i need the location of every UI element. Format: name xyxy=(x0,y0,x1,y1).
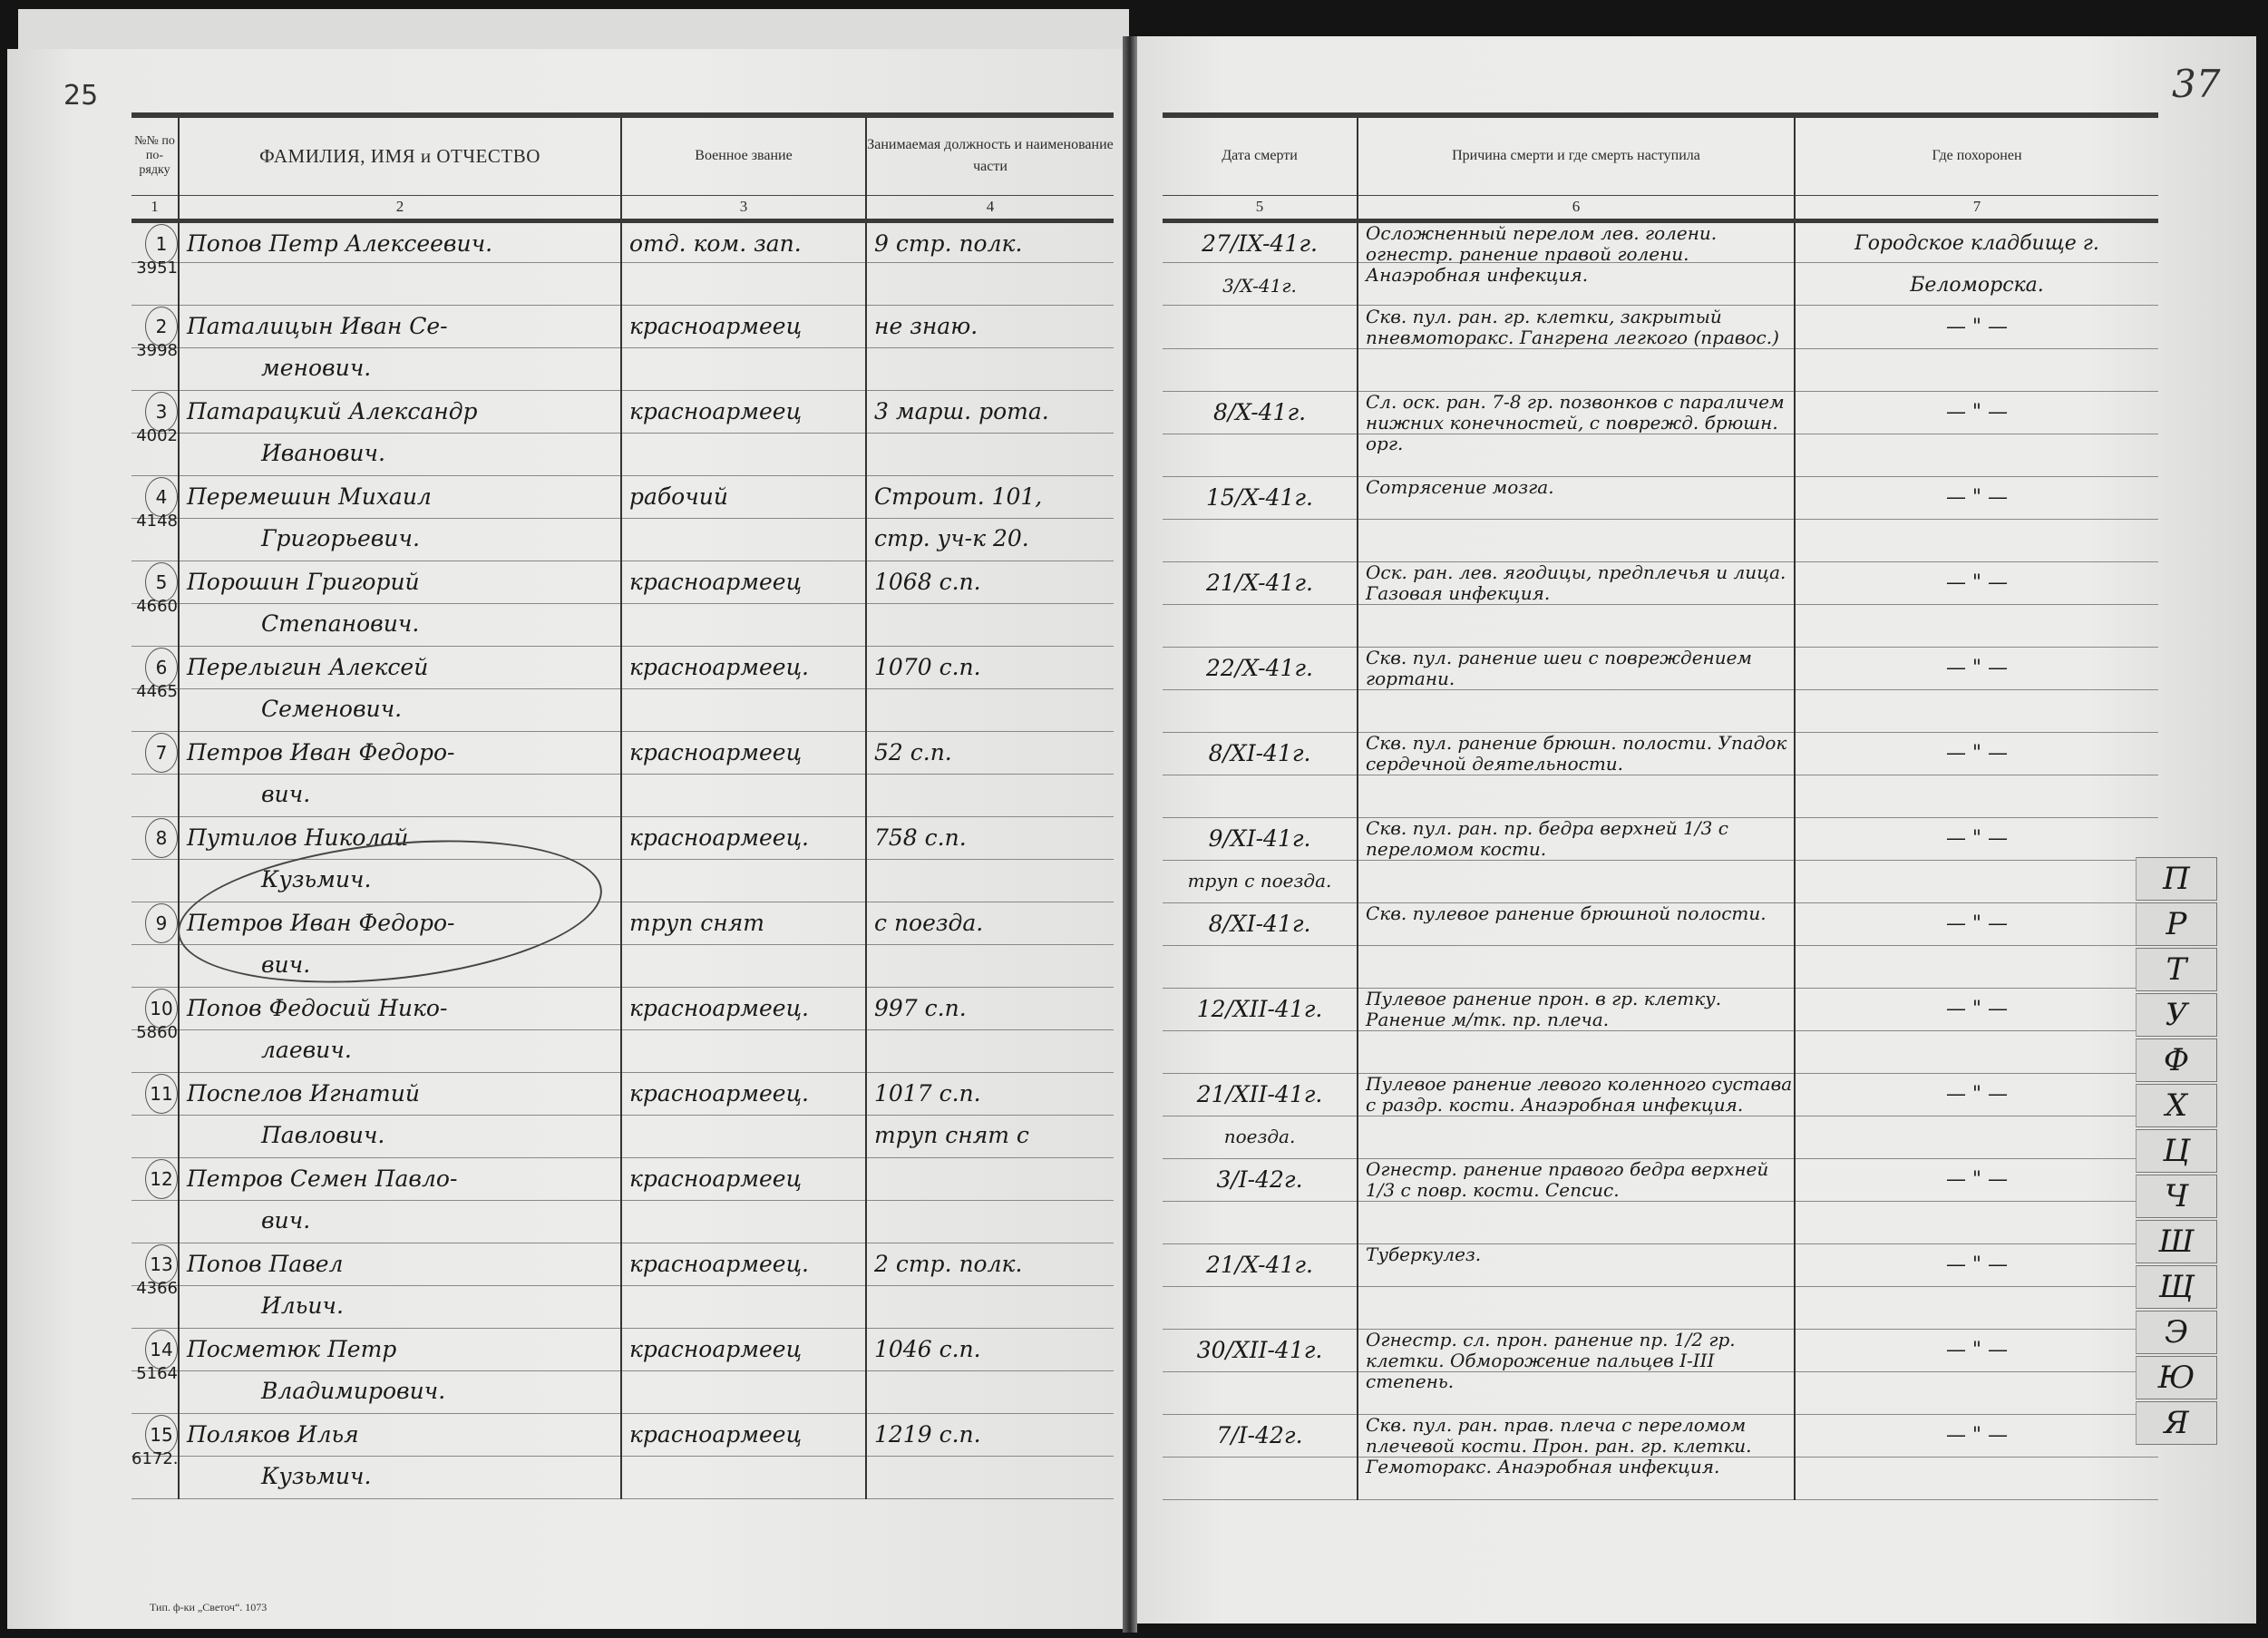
table-row: 156172.Поляков ИльяКузьмич.красноармеец1… xyxy=(131,1414,1114,1499)
death-date-cell: 8/X-41г. xyxy=(1163,392,1358,477)
burial-place: — " — xyxy=(1796,562,2158,604)
index-tab[interactable]: Т xyxy=(2136,948,2217,991)
full-name-cell: Патарацкий АлександрИванович. xyxy=(179,391,621,476)
index-tab[interactable]: Ю xyxy=(2136,1356,2217,1399)
full-name-cell: Паталицын Иван Се-менович. xyxy=(179,306,621,391)
table-row: 11Поспелов ИгнатийПавлович.красноармеец.… xyxy=(131,1073,1114,1158)
unit-line-1: 1070 с.п. xyxy=(867,647,1114,688)
death-cause: Осложненный перелом лев. голени. огнестр… xyxy=(1358,223,1794,286)
header-position-unit: Занимаемая должность и наименование част… xyxy=(866,115,1114,195)
col-num-5: 5 xyxy=(1163,195,1358,220)
death-cause-cell: Пулевое ранение прон. в гр. клетку. Ране… xyxy=(1358,989,1795,1074)
rank: красноармеец xyxy=(622,732,865,774)
death-date-cell: 15/X-41г. xyxy=(1163,477,1358,562)
death-cause-cell: Скв. пул. ранение шеи с повреждением гор… xyxy=(1358,648,1795,733)
unit-cell: Строит. 101,стр. уч-к 20. xyxy=(866,476,1114,561)
rank-cell: рабочий xyxy=(621,476,866,561)
rank-cell: красноармеец xyxy=(621,1329,866,1414)
table-row: 9/XI-41г.труп с поезда.Скв. пул. ран. пр… xyxy=(1163,818,2158,903)
rank: рабочий xyxy=(622,476,865,518)
burial-place-cell: — " — xyxy=(1795,562,2158,648)
full-name-cell: Поспелов ИгнатийПавлович. xyxy=(179,1073,621,1158)
full-name-cell: Порошин ГригорийСтепанович. xyxy=(179,561,621,647)
table-row: 30/XII-41г.Огнестр. сл. прон. ранение пр… xyxy=(1163,1330,2158,1415)
table-row: 12/XII-41г.Пулевое ранение прон. в гр. к… xyxy=(1163,989,2158,1074)
death-cause-cell: Огнестр. ранение правого бедра верхней 1… xyxy=(1358,1159,1795,1244)
unit-cell: 52 с.п. xyxy=(866,732,1114,817)
entry-number-cell: 105860 xyxy=(131,988,179,1073)
unit-line-1: 1068 с.п. xyxy=(867,561,1114,603)
unit-cell: 1017 с.п.труп снят с xyxy=(866,1073,1114,1158)
burial-place-cell: — " — xyxy=(1795,989,2158,1074)
full-name-cell: Попов Федосий Нико-лаевич. xyxy=(179,988,621,1073)
header-burial-place: Где похоронен xyxy=(1795,115,2158,195)
full-name-cell: Перелыгин АлексейСеменович. xyxy=(179,647,621,732)
unit-line-2: труп снят с xyxy=(867,1115,1114,1156)
entry-number-cell: 9 xyxy=(131,902,179,988)
header-full-name: ФАМИЛИЯ, ИМЯ и ОТЧЕСТВО xyxy=(179,115,621,195)
death-date-cell xyxy=(1163,307,1358,392)
entry-number-cell: 11 xyxy=(131,1073,179,1158)
table-row: 15/X-41г.Сотрясение мозга.— " — xyxy=(1163,477,2158,562)
unit-cell: 1070 с.п. xyxy=(866,647,1114,732)
burial-place: — " — xyxy=(1796,733,2158,775)
unit-cell: с поезда. xyxy=(866,902,1114,988)
unit-cell: 997 с.п. xyxy=(866,988,1114,1073)
page-number: 37 xyxy=(2172,62,2220,106)
death-date-cell: 21/XII-41г.поезда. xyxy=(1163,1074,1358,1159)
burial-place-cell: — " — xyxy=(1795,1415,2158,1500)
unit-cell: не знаю. xyxy=(866,306,1114,391)
table-row: 21/X-41г.Туберкулез.— " — xyxy=(1163,1244,2158,1330)
rank-cell: красноармеец. xyxy=(621,988,866,1073)
unit-cell: 758 с.п. xyxy=(866,817,1114,902)
death-date: 27/IX-41г. xyxy=(1163,223,1357,265)
name-line-2: Павлович. xyxy=(180,1115,620,1156)
full-name-cell: Попов ПавелИльич. xyxy=(179,1243,621,1329)
death-date: 8/XI-41г. xyxy=(1163,733,1357,775)
death-cause: Сл. оск. ран. 7-8 гр. позвонков с парали… xyxy=(1358,392,1794,454)
burial-place-cell: — " — xyxy=(1795,733,2158,818)
unit-cell: 3 марш. рота. xyxy=(866,391,1114,476)
name-line-2: менович. xyxy=(180,347,620,389)
unit-line-1: с поезда. xyxy=(867,902,1114,944)
rank: красноармеец xyxy=(622,1329,865,1370)
name-line-2: Степанович. xyxy=(180,603,620,645)
burial-place: — " — xyxy=(1796,989,2158,1030)
death-cause-cell: Осложненный перелом лев. голени. огнестр… xyxy=(1358,220,1795,307)
death-cause-cell: Скв. пулевое ранение брюшной полости. xyxy=(1358,903,1795,989)
burial-place: — " — xyxy=(1796,1244,2158,1286)
full-name-cell: Петров Семен Павло-вич. xyxy=(179,1158,621,1243)
table-row: 21/XII-41г.поезда.Пулевое ранение левого… xyxy=(1163,1074,2158,1159)
header-death-date: Дата смерти xyxy=(1163,115,1358,195)
burial-place-cell: — " — xyxy=(1795,1159,2158,1244)
table-row: 8/XI-41г.Скв. пул. ранение брюшн. полост… xyxy=(1163,733,2158,818)
full-name-cell: Попов Петр Алексеевич. xyxy=(179,220,621,306)
burial-place: — " — xyxy=(1796,903,2158,945)
entry-number: 7 xyxy=(145,733,178,773)
name-line-1: Паталицын Иван Се- xyxy=(180,306,620,347)
rank-cell: красноармеец xyxy=(621,1414,866,1499)
death-date: 8/X-41г. xyxy=(1163,392,1357,434)
registration-number: 3951 xyxy=(131,259,178,278)
death-cause-cell: Пулевое ранение левого коленного сустава… xyxy=(1358,1074,1795,1159)
death-cause: Скв. пул. ранение брюшн. полости. Упадок… xyxy=(1358,733,1794,775)
name-line-1: Поспелов Игнатий xyxy=(180,1073,620,1115)
table-row: 145164Посметюк ПетрВладимирович.красноар… xyxy=(131,1329,1114,1414)
header-military-rank: Военное звание xyxy=(621,115,866,195)
burial-register-left: №№ по по- рядку ФАМИЛИЯ, ИМЯ и ОТЧЕСТВО … xyxy=(131,112,1114,1499)
col-num-3: 3 xyxy=(621,195,866,220)
rank-cell: красноармеец xyxy=(621,391,866,476)
index-tab[interactable]: Х xyxy=(2136,1084,2217,1127)
table-row: 13951Попов Петр Алексеевич.отд. ком. зап… xyxy=(131,220,1114,306)
name-line-1: Порошин Григорий xyxy=(180,561,620,603)
rank: труп снят xyxy=(622,902,865,944)
name-line-1: Попов Петр Алексеевич. xyxy=(180,223,620,265)
rank: красноармеец xyxy=(622,1158,865,1200)
name-line-2: вич. xyxy=(180,1200,620,1242)
name-line-2: Семенович. xyxy=(180,688,620,730)
left-page-mark: 25 xyxy=(63,80,98,112)
entry-number-cell: 156172. xyxy=(131,1414,179,1499)
burial-register-right: Дата смерти Причина смерти и где смерть … xyxy=(1163,112,2158,1500)
index-tab[interactable]: Ш xyxy=(2136,1220,2217,1263)
printer-imprint: Тип. ф-ки „Светоч“. 1073 xyxy=(150,1601,267,1614)
entry-number-cell: 64465 xyxy=(131,647,179,732)
burial-place-cell: — " — xyxy=(1795,1330,2158,1415)
unit-line-1: не знаю. xyxy=(867,306,1114,347)
burial-place: — " — xyxy=(1796,307,2158,348)
table-row: 8/X-41г.Сл. оск. ран. 7-8 гр. позвонков … xyxy=(1163,392,2158,477)
full-name-cell: Посметюк ПетрВладимирович. xyxy=(179,1329,621,1414)
table-row: 34002Патарацкий АлександрИванович.красно… xyxy=(131,391,1114,476)
name-line-2: вич. xyxy=(180,774,620,815)
burial-place: — " — xyxy=(1796,1330,2158,1371)
table-row: 21/X-41г.Оск. ран. лев. ягодицы, предпле… xyxy=(1163,562,2158,648)
entry-number: 9 xyxy=(145,903,178,943)
index-tab[interactable]: Я xyxy=(2136,1401,2217,1445)
death-date-cell: 27/IX-41г.3/X-41г. xyxy=(1163,220,1358,307)
death-date-note: труп с поезда. xyxy=(1163,860,1357,902)
unit-cell: 1068 с.п. xyxy=(866,561,1114,647)
burial-place: — " — xyxy=(1796,477,2158,519)
rank: красноармеец xyxy=(622,1414,865,1456)
rank: отд. ком. зап. xyxy=(622,223,865,265)
name-line-1: Перемешин Михаил xyxy=(180,476,620,518)
death-cause: Скв. пул. ран. прав. плеча с переломом п… xyxy=(1358,1415,1794,1477)
death-date: 15/X-41г. xyxy=(1163,477,1357,519)
death-date-note: 3/X-41г. xyxy=(1163,265,1357,307)
rank: красноармеец. xyxy=(622,647,865,688)
table-row: 27/IX-41г.3/X-41г.Осложненный перелом ле… xyxy=(1163,220,2158,307)
name-line-2: Иванович. xyxy=(180,433,620,474)
death-cause-cell: Скв. пул. ран. гр. клетки, закрытый пнев… xyxy=(1358,307,1795,392)
death-date: 12/XII-41г. xyxy=(1163,989,1357,1030)
burial-place: — " — xyxy=(1796,392,2158,434)
death-cause: Огнестр. сл. прон. ранение пр. 1/2 гр. к… xyxy=(1358,1330,1794,1392)
table-row: 3/I-42г.Огнестр. ранение правого бедра в… xyxy=(1163,1159,2158,1244)
death-cause: Туберкулез. xyxy=(1358,1244,1794,1265)
burial-place-cell: — " — xyxy=(1795,1244,2158,1330)
table-row: 44148Перемешин МихаилГригорьевич.рабочий… xyxy=(131,476,1114,561)
name-line-1: Попов Федосий Нико- xyxy=(180,988,620,1029)
death-date-cell: 21/X-41г. xyxy=(1163,1244,1358,1330)
registration-number: 4002 xyxy=(131,427,178,445)
rank-cell: красноармеец. xyxy=(621,647,866,732)
index-tab[interactable]: Р xyxy=(2136,902,2217,946)
name-line-2: лаевич. xyxy=(180,1029,620,1071)
rank-cell: красноармеец xyxy=(621,306,866,391)
col-num-2: 2 xyxy=(179,195,621,220)
rank: красноармеец. xyxy=(622,988,865,1029)
name-line-2: Кузьмич. xyxy=(180,1456,620,1497)
death-cause: Огнестр. ранение правого бедра верхней 1… xyxy=(1358,1159,1794,1201)
death-date-cell: 21/X-41г. xyxy=(1163,562,1358,648)
name-line-1: Поляков Илья xyxy=(180,1414,620,1456)
death-cause-cell: Скв. пул. ран. пр. бедра верхней 1/3 с п… xyxy=(1358,818,1795,903)
name-line-2: Григорьевич. xyxy=(180,518,620,560)
unit-line-1: 2 стр. полк. xyxy=(867,1243,1114,1285)
full-name-cell: Поляков ИльяКузьмич. xyxy=(179,1414,621,1499)
unit-cell xyxy=(866,1158,1114,1243)
name-line-1: Посметюк Петр xyxy=(180,1329,620,1370)
registration-number: 3998 xyxy=(131,342,178,360)
table-row: Скв. пул. ран. гр. клетки, закрытый пнев… xyxy=(1163,307,2158,392)
burial-place-cell: — " — xyxy=(1795,1074,2158,1159)
death-cause-cell: Туберкулез. xyxy=(1358,1244,1795,1330)
burial-place-cell: — " — xyxy=(1795,307,2158,392)
rank-cell: красноармеец. xyxy=(621,1073,866,1158)
table-row: 134366Попов ПавелИльич.красноармеец.2 ст… xyxy=(131,1243,1114,1329)
death-cause-cell: Огнестр. сл. прон. ранение пр. 1/2 гр. к… xyxy=(1358,1330,1795,1415)
entry-number-cell: 23998 xyxy=(131,306,179,391)
burial-place: — " — xyxy=(1796,818,2158,860)
unit-line-1: 1017 с.п. xyxy=(867,1073,1114,1115)
death-date-cell: 12/XII-41г. xyxy=(1163,989,1358,1074)
index-tab[interactable]: У xyxy=(2136,993,2217,1037)
registration-number: 4148 xyxy=(131,512,178,531)
death-cause: Сотрясение мозга. xyxy=(1358,477,1794,498)
table-row: 54660Порошин ГригорийСтепанович.красноар… xyxy=(131,561,1114,647)
burial-place-cell: — " — xyxy=(1795,648,2158,733)
entry-number-cell: 145164 xyxy=(131,1329,179,1414)
unit-line-1: 997 с.п. xyxy=(867,988,1114,1029)
burial-place-cell: — " — xyxy=(1795,477,2158,562)
death-cause: Скв. пул. ранение шеи с повреждением гор… xyxy=(1358,648,1794,689)
col-num-4: 4 xyxy=(866,195,1114,220)
death-cause-cell: Сл. оск. ран. 7-8 гр. позвонков с парали… xyxy=(1358,392,1795,477)
death-cause: Скв. пулевое ранение брюшной полости. xyxy=(1358,903,1794,924)
death-date: 21/X-41г. xyxy=(1163,1244,1357,1286)
entry-number-cell: 44148 xyxy=(131,476,179,561)
name-line-1: Патарацкий Александр xyxy=(180,391,620,433)
rank-cell: красноармеец xyxy=(621,1158,866,1243)
unit-cell: 9 стр. полк. xyxy=(866,220,1114,306)
index-tab[interactable]: Ч xyxy=(2136,1175,2217,1218)
rank-cell: красноармеец. xyxy=(621,1243,866,1329)
unit-line-1: Строит. 101, xyxy=(867,476,1114,518)
death-date: 3/I-42г. xyxy=(1163,1159,1357,1201)
death-cause-cell: Скв. пул. ранение брюшн. полости. Упадок… xyxy=(1358,733,1795,818)
unit-line-1: 1219 с.п. xyxy=(867,1414,1114,1456)
alphabet-index-tabs: ПРТУФХЦЧШЩЭЮЯ xyxy=(2136,857,2217,1447)
death-cause: Пулевое ранение левого коленного сустава… xyxy=(1358,1074,1794,1116)
death-date: 21/X-41г. xyxy=(1163,562,1357,604)
book-spine xyxy=(1123,36,1137,1633)
burial-place-cell: — " — xyxy=(1795,903,2158,989)
death-date: 9/XI-41г. xyxy=(1163,818,1357,860)
unit-cell: 1219 с.п. xyxy=(866,1414,1114,1499)
col-num-1: 1 xyxy=(131,195,179,220)
table-row: 22/X-41г.Скв. пул. ранение шеи с поврежд… xyxy=(1163,648,2158,733)
death-date: 21/XII-41г. xyxy=(1163,1074,1357,1116)
index-tab[interactable]: Ц xyxy=(2136,1129,2217,1173)
death-date-cell: 8/XI-41г. xyxy=(1163,733,1358,818)
burial-place: — " — xyxy=(1796,1074,2158,1116)
col-num-6: 6 xyxy=(1358,195,1795,220)
table-row: 8/XI-41г.Скв. пулевое ранение брюшной по… xyxy=(1163,903,2158,989)
rank-cell: красноармеец. xyxy=(621,817,866,902)
registration-number: 5860 xyxy=(131,1024,178,1042)
table-row: 7/I-42г.Скв. пул. ран. прав. плеча с пер… xyxy=(1163,1415,2158,1500)
entry-number-cell: 12 xyxy=(131,1158,179,1243)
rank-cell: отд. ком. зап. xyxy=(621,220,866,306)
death-date: 30/XII-41г. xyxy=(1163,1330,1357,1371)
entry-number: 1 xyxy=(145,224,178,264)
registration-number: 5164 xyxy=(131,1365,178,1383)
death-cause-cell: Оск. ран. лев. ягодицы, предплечья и лиц… xyxy=(1358,562,1795,648)
rank-cell: труп снят xyxy=(621,902,866,988)
index-tab[interactable]: Щ xyxy=(2136,1265,2217,1309)
registration-number: 4366 xyxy=(131,1280,178,1298)
index-tab[interactable]: Ф xyxy=(2136,1038,2217,1082)
entry-number: 12 xyxy=(145,1159,178,1199)
entry-number-cell: 13951 xyxy=(131,220,179,306)
death-cause: Оск. ран. лев. ягодицы, предплечья и лиц… xyxy=(1358,562,1794,604)
rank-cell: красноармеец xyxy=(621,732,866,817)
entry-number-cell: 54660 xyxy=(131,561,179,647)
rank: красноармеец. xyxy=(622,817,865,859)
death-date-cell: 9/XI-41г.труп с поезда. xyxy=(1163,818,1358,903)
table-row: 23998Паталицын Иван Се-менович.красноарм… xyxy=(131,306,1114,391)
death-date-cell: 7/I-42г. xyxy=(1163,1415,1358,1500)
burial-place: Городское кладбище г. Беломорска. xyxy=(1796,223,2158,307)
death-date: 22/X-41г. xyxy=(1163,648,1357,689)
unit-line-1: 758 с.п. xyxy=(867,817,1114,859)
death-date-cell: 30/XII-41г. xyxy=(1163,1330,1358,1415)
rank: красноармеец xyxy=(622,561,865,603)
table-row: 7Петров Иван Федоро-вич.красноармеец52 с… xyxy=(131,732,1114,817)
entry-number: 11 xyxy=(145,1074,178,1114)
death-cause: Пулевое ранение прон. в гр. клетку. Ране… xyxy=(1358,989,1794,1030)
header-number: №№ по по- рядку xyxy=(131,115,179,195)
unit-line-1: 9 стр. полк. xyxy=(867,223,1114,265)
death-date: 7/I-42г. xyxy=(1163,1415,1357,1457)
burial-place-cell: — " — xyxy=(1795,818,2158,903)
registration-number: 4465 xyxy=(131,683,178,701)
death-date-cell: 22/X-41г. xyxy=(1163,648,1358,733)
rank-cell: красноармеец xyxy=(621,561,866,647)
header-death-cause: Причина смерти и где смерть наступила xyxy=(1358,115,1795,195)
death-date-note: поезда. xyxy=(1163,1116,1357,1157)
death-cause-cell: Скв. пул. ран. прав. плеча с переломом п… xyxy=(1358,1415,1795,1500)
index-tab[interactable]: Э xyxy=(2136,1311,2217,1354)
full-name-cell: Петров Иван Федоро-вич. xyxy=(179,732,621,817)
table-row: 64465Перелыгин АлексейСеменович.красноар… xyxy=(131,647,1114,732)
burial-place: — " — xyxy=(1796,648,2158,689)
rank: красноармеец. xyxy=(622,1073,865,1115)
name-line-1: Попов Павел xyxy=(180,1243,620,1285)
name-line-2: Ильич. xyxy=(180,1285,620,1327)
rank: красноармеец xyxy=(622,306,865,347)
entry-number-cell: 34002 xyxy=(131,391,179,476)
index-tab[interactable]: П xyxy=(2136,857,2217,901)
burial-place-cell: Городское кладбище г. Беломорска. xyxy=(1795,220,2158,307)
table-row: 12Петров Семен Павло-вич.красноармеец xyxy=(131,1158,1114,1243)
entry-number-cell: 7 xyxy=(131,732,179,817)
name-line-1: Петров Иван Федоро- xyxy=(180,732,620,774)
unit-line-1: 3 марш. рота. xyxy=(867,391,1114,433)
death-date-cell: 8/XI-41г. xyxy=(1163,903,1358,989)
unit-cell: 1046 с.п. xyxy=(866,1329,1114,1414)
unit-line-1: 52 с.п. xyxy=(867,732,1114,774)
death-date: 8/XI-41г. xyxy=(1163,903,1357,945)
entry-number-cell: 134366 xyxy=(131,1243,179,1329)
registration-number: 4660 xyxy=(131,598,178,616)
entry-number: 8 xyxy=(145,818,178,858)
death-date-cell: 3/I-42г. xyxy=(1163,1159,1358,1244)
col-num-7: 7 xyxy=(1795,195,2158,220)
name-line-1: Петров Семен Павло- xyxy=(180,1158,620,1200)
burial-place: — " — xyxy=(1796,1415,2158,1457)
name-line-2: Владимирович. xyxy=(180,1370,620,1412)
rank: красноармеец. xyxy=(622,1243,865,1285)
burial-place-cell: — " — xyxy=(1795,392,2158,477)
unit-line-1: 1046 с.п. xyxy=(867,1329,1114,1370)
full-name-cell: Перемешин МихаилГригорьевич. xyxy=(179,476,621,561)
death-cause: Скв. пул. ран. пр. бедра верхней 1/3 с п… xyxy=(1358,818,1794,860)
table-row: 105860Попов Федосий Нико-лаевич.красноар… xyxy=(131,988,1114,1073)
registration-number: 6172. xyxy=(131,1450,178,1468)
name-line-1: Перелыгин Алексей xyxy=(180,647,620,688)
burial-place: — " — xyxy=(1796,1159,2158,1201)
rank: красноармеец xyxy=(622,391,865,433)
entry-number-cell: 8 xyxy=(131,817,179,902)
death-cause-cell: Сотрясение мозга. xyxy=(1358,477,1795,562)
death-cause: Скв. пул. ран. гр. клетки, закрытый пнев… xyxy=(1358,307,1794,348)
unit-cell: 2 стр. полк. xyxy=(866,1243,1114,1329)
unit-line-2: стр. уч-к 20. xyxy=(867,518,1114,560)
